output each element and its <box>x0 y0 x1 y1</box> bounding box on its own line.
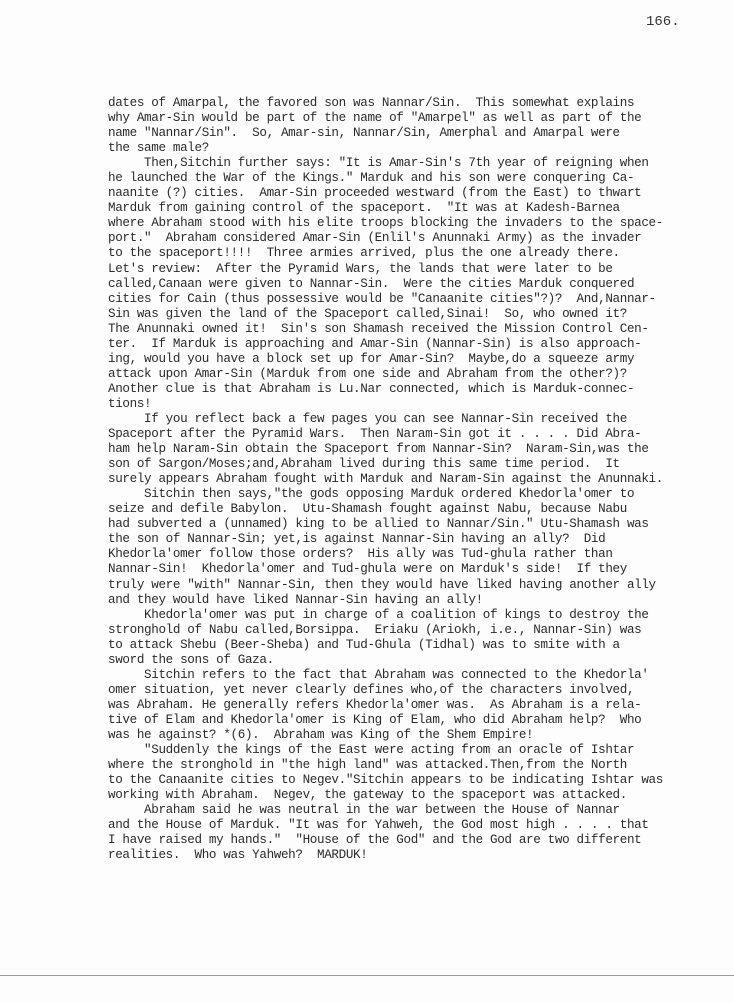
typewritten-body-text: dates of Amarpal, the favored son was Na… <box>108 96 688 863</box>
text-line: cities for Cain (thus possessive would b… <box>108 292 688 307</box>
text-line: Khedorla'omer follow those orders? His a… <box>108 547 688 562</box>
text-line: Let's review: After the Pyramid Wars, th… <box>108 262 688 277</box>
text-line: the son of Nannar-Sin; yet,is against Na… <box>108 532 688 547</box>
footer-rule <box>0 975 734 976</box>
text-line: Sin was given the land of the Spaceport … <box>108 307 688 322</box>
text-line: Marduk from gaining control of the space… <box>108 201 688 216</box>
text-line: son of Sargon/Moses;and,Abraham lived du… <box>108 457 688 472</box>
text-line: ham help Naram-Sin obtain the Spaceport … <box>108 442 688 457</box>
text-line: why Amar-Sin would be part of the name o… <box>108 111 688 126</box>
text-line: Another clue is that Abraham is Lu.Nar c… <box>108 382 688 397</box>
text-line: stronghold of Nabu called,Borsippa. Eria… <box>108 623 688 638</box>
text-line: ing, would you have a block set up for A… <box>108 352 688 367</box>
document-page: 166. dates of Amarpal, the favored son w… <box>0 0 734 1003</box>
text-line: where the stronghold in "the high land" … <box>108 758 688 773</box>
text-line: was he against? *(6). Abraham was King o… <box>108 728 688 743</box>
text-line: seize and defile Babylon. Utu-Shamash fo… <box>108 502 688 517</box>
text-line: I have raised my hands." "House of the G… <box>108 833 688 848</box>
text-line: dates of Amarpal, the favored son was Na… <box>108 96 688 111</box>
text-line: he launched the War of the Kings." Mardu… <box>108 171 688 186</box>
text-line: to the spaceport!!!! Three armies arrive… <box>108 246 688 261</box>
text-line: Khedorla'omer was put in charge of a coa… <box>108 608 688 623</box>
text-line: truly were "with" Nannar-Sin, then they … <box>108 578 688 593</box>
text-line: The Anunnaki owned it! Sin's son Shamash… <box>108 322 688 337</box>
text-line: was Abraham. He generally refers Khedorl… <box>108 698 688 713</box>
text-line: called,Canaan were given to Nannar-Sin. … <box>108 277 688 292</box>
text-line: working with Abraham. Negev, the gateway… <box>108 788 688 803</box>
text-line: attack upon Amar-Sin (Marduk from one si… <box>108 367 688 382</box>
text-line: name "Nannar/Sin". So, Amar-sin, Nannar/… <box>108 126 688 141</box>
text-line: surely appears Abraham fought with Mardu… <box>108 472 688 487</box>
text-line: to the Canaanite cities to Negev."Sitchi… <box>108 773 688 788</box>
text-line: Sitchin then says,"the gods opposing Mar… <box>108 487 688 502</box>
text-line: and the House of Marduk. "It was for Yah… <box>108 818 688 833</box>
text-line: Nannar-Sin! Khedorla'omer and Tud-ghula … <box>108 562 688 577</box>
text-line: sword the sons of Gaza. <box>108 653 688 668</box>
text-line: Spaceport after the Pyramid Wars. Then N… <box>108 427 688 442</box>
text-line: "Suddenly the kings of the East were act… <box>108 743 688 758</box>
text-line: to attack Shebu (Beer-Sheba) and Tud-Ghu… <box>108 638 688 653</box>
text-line: Then,Sitchin further says: "It is Amar-S… <box>108 156 688 171</box>
text-line: where Abraham stood with his elite troop… <box>108 216 688 231</box>
text-line: realities. Who was Yahweh? MARDUK! <box>108 848 688 863</box>
text-line: If you reflect back a few pages you can … <box>108 412 688 427</box>
text-line: tions! <box>108 397 688 412</box>
text-line: port." Abraham considered Amar-Sin (Enli… <box>108 231 688 246</box>
page-number: 166. <box>646 14 680 30</box>
text-line: and they would have liked Nannar-Sin hav… <box>108 593 688 608</box>
text-line: naanite (?) cities. Amar-Sin proceeded w… <box>108 186 688 201</box>
text-line: the same male? <box>108 141 688 156</box>
text-line: Sitchin refers to the fact that Abraham … <box>108 668 688 683</box>
text-line: tive of Elam and Khedorla'omer is King o… <box>108 713 688 728</box>
text-line: omer situation, yet never clearly define… <box>108 683 688 698</box>
text-line: had subverted a (unnamed) king to be all… <box>108 517 688 532</box>
text-line: Abraham said he was neutral in the war b… <box>108 803 688 818</box>
text-line: ter. If Marduk is approaching and Amar-S… <box>108 337 688 352</box>
